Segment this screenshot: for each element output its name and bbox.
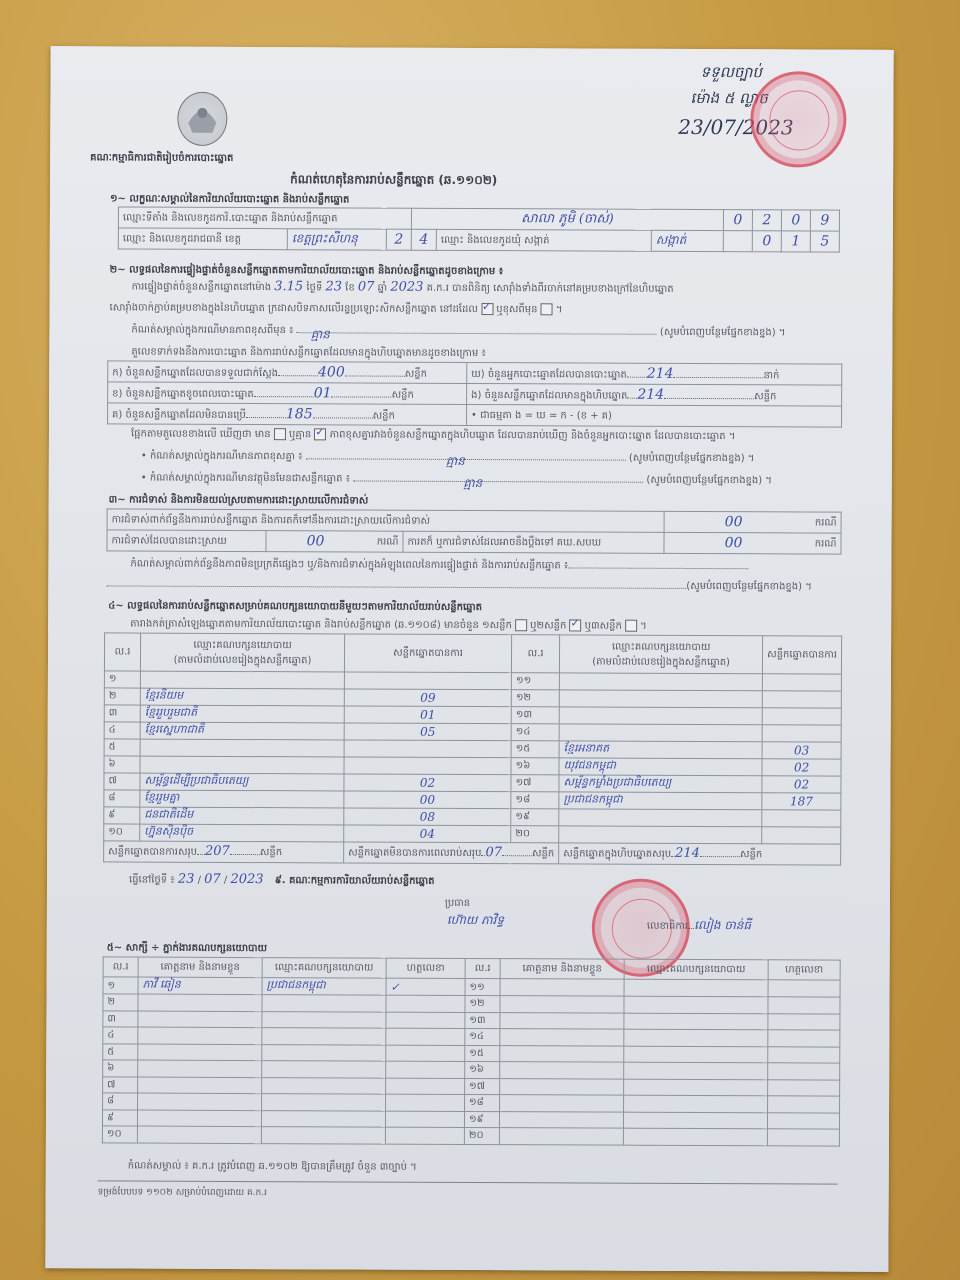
witness-no: ១២ — [465, 995, 500, 1012]
commune-code-1: 0 — [752, 231, 781, 252]
party-number: ២០ — [511, 825, 559, 842]
witness-sign — [385, 1111, 464, 1128]
party-number: ៥ — [104, 738, 140, 755]
difference-none-checkbox[interactable] — [314, 428, 326, 440]
verification-year: 2023 — [390, 280, 423, 295]
party-number: ៩ — [104, 806, 140, 823]
witness-party — [624, 979, 768, 997]
total-valid: សន្លឹកឆ្នោតបានការសរុប207សន្លឹក — [104, 840, 344, 862]
commune-code-2: 1 — [781, 231, 810, 252]
witness-no: ១៥ — [465, 1045, 500, 1062]
witness-name — [500, 1012, 624, 1029]
count-spoiled: ខ) ចំនួនសន្លឹកឆ្នោតខូចពេលបោះឆ្នោត01សន្លឹ… — [108, 382, 467, 405]
witness-name — [500, 979, 624, 997]
count-in-box: ង) ចំនួនសន្លឹកឆ្នោតដែលមានក្នុងហិបឆ្នោត21… — [467, 383, 842, 406]
witness-sign — [386, 995, 465, 1012]
w-col-sign-left: ហត្ថលេខា — [386, 958, 465, 978]
resolved-unit: ករណី — [364, 531, 403, 552]
witness-name — [138, 1093, 262, 1110]
count-in-box-value: 214 — [637, 386, 664, 402]
change-note-line: កំណត់សម្គាល់ក្នុងករណីមានភាពខុសពីមុន ៖ គ្… — [131, 323, 831, 341]
witness-name — [137, 1110, 261, 1127]
objections-label: ការជំទាស់ពាក់ព័ន្ធនឹងការរាប់សន្លឹកឆ្នោត … — [107, 509, 664, 532]
appeal-unit: ករណី — [802, 533, 841, 554]
witness-sign — [768, 1030, 840, 1047]
witness-name — [137, 1126, 261, 1143]
col-votes-right: សន្លឹកឆ្នោតបានការ — [763, 636, 842, 674]
party-number: ១៩ — [511, 808, 559, 825]
total-invalid: សន្លឹកឆ្នោតមិនបានការពេលរាប់សរុប07សន្លឹក — [344, 841, 559, 863]
party-votes — [762, 724, 841, 741]
party-votes: 02 — [762, 775, 841, 792]
witness-party — [262, 1094, 386, 1111]
count-received-value: 400 — [318, 364, 345, 380]
section3-title: ៣~ ការជំទាស់ និងការមិនយល់ស្របតាមការដោះស្… — [109, 492, 369, 508]
witness-party — [624, 1013, 768, 1030]
w-col-party-left: ឈ្មោះគណបក្សនយោបាយ — [262, 958, 386, 979]
counts-table: ក) ចំនួនសន្លឹកឆ្នោតដែលបានទទួលជាក់ស្តែង40… — [107, 360, 842, 427]
witness-no: ១៤ — [465, 1028, 500, 1045]
verification-prefix: ការផ្ទៀងផ្ទាត់ចំនួនសន្លឹកឆ្នោតនៅម៉ោង — [132, 282, 271, 294]
official-stamp-top — [750, 71, 846, 167]
party-votes: 01 — [344, 705, 511, 723]
col-party-right: ឈ្មោះគណបក្សនយោបាយ(តាមលំដាប់លេខរៀងក្នុងសន… — [560, 635, 763, 674]
party-number: ១១ — [511, 673, 559, 690]
location-code-4: 9 — [810, 210, 839, 231]
witness-no: ៦ — [103, 1060, 138, 1077]
section4-title: ៤~ លទ្ធផលនៃការរាប់សន្លឹកឆ្នោតសម្រាប់គណបក… — [108, 598, 482, 615]
count-unused: គ) ចំនួនសន្លឹកឆ្នោតដែលមិនបានប្រើ185សន្លឹ… — [108, 403, 467, 426]
secretary-line: លេខាធិការលៀង ចាន់ធី — [647, 917, 751, 935]
party-number: ១៥ — [511, 740, 559, 757]
verification-suffix: គ.ក.រ បានពិនិត្យ សោរ៉ាំងទាំងពីរចាក់នៅគម្… — [427, 283, 674, 295]
seal-text: សោរ៉ាំងចាក់ភ្ជាប់គម្របខាងក្នុងនៃហិបឆ្នោត… — [110, 302, 478, 315]
witness-row: ១០២០ — [102, 1126, 839, 1146]
witness-name — [500, 1045, 624, 1062]
location-code-3: 0 — [781, 210, 810, 231]
done-date-line: ធ្វើនៅថ្ងៃទី ៖ 23 / 07 / 2023 ៩. គណៈកម្ម… — [129, 872, 435, 889]
witness-name — [500, 1095, 624, 1112]
witness-name — [500, 996, 624, 1013]
w-col-sign-right: ហត្ថលេខា — [768, 960, 840, 980]
witness-sign — [767, 1129, 839, 1146]
witness-sign — [768, 1096, 840, 1113]
party-name — [559, 808, 762, 826]
difference-note-hint: (សូមបំពេញបន្ថែមផ្នែកខាងខ្នង) ។ — [629, 453, 755, 465]
party-number: ៣ — [104, 704, 140, 721]
footer-form-note: ទម្រង់បែបបទ ១១០២ សម្រាប់បំពេញដោយ គ.ក.រ — [98, 1186, 267, 1200]
col-votes-left: សន្លឹកឆ្នោតបានការ — [344, 634, 511, 673]
party-name — [559, 689, 762, 707]
party-votes — [762, 809, 841, 826]
party-name — [559, 723, 762, 741]
change-note-value: គ្មាន — [311, 326, 330, 344]
witness-footnote: កំណត់សម្គាល់ ៖ គ.ក.រ ត្រូវបំពេញ ឆ.១១០២ ឱ… — [128, 1159, 417, 1175]
witness-party — [261, 1110, 385, 1127]
party-votes: 02 — [344, 773, 511, 791]
done-date-label: ធ្វើនៅថ្ងៃទី ៖ — [129, 875, 175, 886]
witness-name — [500, 1078, 624, 1095]
objections-value: 00 — [664, 511, 803, 533]
location-label: ឈ្មោះទីតាំង និងលេខកូដការិ.បោះឆ្នោត និងរា… — [118, 207, 411, 229]
party-name: ខ្មែរអនាគត — [559, 740, 762, 758]
irregularities-note: កំណត់សម្គាល់ពាក់ព័ន្ធនឹងភាពមិនប្រក្រតីផ្… — [130, 557, 835, 575]
witness-no: ១៩ — [464, 1111, 499, 1128]
verification-line2: សោរ៉ាំងចាក់ភ្ជាប់គម្របខាងក្នុងនៃហិបឆ្នោត… — [109, 300, 562, 317]
party-name: ខ្មែរស្នេហាជាតិ — [140, 722, 344, 740]
col-no-left: ល.រ — [104, 633, 140, 671]
witness-party — [262, 1044, 386, 1061]
w-col-party-right: ឈ្មោះគណបក្សនយោបាយ — [624, 959, 768, 980]
witness-party — [624, 996, 768, 1013]
counts-intro: តួលេខទាក់ទងនឹងការបោះឆ្នោត និងការរាប់សន្ល… — [131, 345, 486, 362]
tally-1-sheet-checkbox[interactable] — [515, 619, 527, 631]
change-note-label: កំណត់សម្គាល់ក្នុងករណីមានភាពខុសពីមុន ៖ — [131, 325, 293, 337]
party-votes — [762, 690, 841, 707]
organization-name: គណៈកម្មាធិការជាតិរៀបចំការបោះឆ្នោត — [90, 150, 233, 166]
party-votes — [763, 674, 842, 691]
appeal-value: 00 — [664, 532, 803, 554]
party-name: សម្ព័ន្ធដើម្បីប្រជាធិបតេយ្យ — [140, 773, 344, 791]
resolved-value: 00 — [266, 531, 365, 552]
witness-table: ល.រ គោត្តនាម និងនាមខ្លួន ឈ្មោះគណបក្សនយោប… — [102, 956, 841, 1146]
objections-table: ការជំទាស់ពាក់ព័ន្ធនឹងការរាប់សន្លឹកឆ្នោត … — [106, 508, 841, 554]
party-votes: 05 — [344, 722, 511, 740]
tally-sheet-line: តារាងកត់ត្រាសំឡេងឆ្នោតតាមការិយាល័យបោះឆ្ន… — [130, 617, 647, 634]
difference-line: ផ្អែកតាមតួលេខខាងលើ ឃើញថា មាន ឬគ្មាន ភាពខ… — [131, 427, 735, 445]
witness-sign: ✓ — [386, 978, 465, 995]
section5-title: ៥~ សាក្សី ÷ ភ្នាក់ងារគណបក្សនយោបាយ — [107, 940, 267, 956]
done-month: 07 — [204, 872, 221, 887]
witness-no: ១១ — [465, 978, 500, 995]
witness-no: ២០ — [464, 1127, 499, 1144]
province-code-1: 2 — [386, 229, 411, 250]
party-number: ១០ — [104, 823, 140, 840]
witness-party — [624, 1062, 768, 1079]
witness-no: ៧ — [103, 1076, 138, 1093]
count-unused-value: 185 — [286, 406, 313, 422]
party-votes: 00 — [344, 790, 511, 808]
location-table: ឈ្មោះទីតាំង និងលេខកូដការិ.បោះឆ្នោត និងរា… — [118, 206, 840, 252]
tally-3-sheet-label: ឬ៣សន្លឹក — [585, 621, 622, 632]
party-number: ១៣ — [511, 706, 559, 723]
witness-sign — [768, 1063, 840, 1080]
party-votes: 02 — [762, 758, 841, 775]
witness-name — [500, 1029, 624, 1046]
party-name: យុវជនកម្ពុជា — [559, 757, 762, 775]
irregularities-note-line2: (សូមបំពេញបន្ថែមផ្នែកខាងខ្នង) ។ — [106, 576, 841, 594]
year-label: ឆ្នាំ — [378, 283, 388, 294]
party-name: ហ្វ៊ុនស៊ិនប៉ិច — [140, 824, 344, 842]
appeal-label: ការតក៏ ឬការជំទាស់ដែលអាចនឹងប្តឹងទៅ គឃ.សបឃ — [403, 531, 664, 553]
witness-no: ១៨ — [465, 1094, 500, 1111]
changed-label: ឬខុសពីមុន — [496, 304, 537, 315]
party-votes — [762, 826, 841, 843]
count-voters-value: 214 — [647, 365, 674, 381]
witness-sign — [768, 997, 840, 1014]
witness-no: ២ — [103, 994, 138, 1011]
total-in-box: សន្លឹកឆ្នោតក្នុងហិបឆ្នោតសរុប214សន្លឹក — [559, 842, 841, 864]
witness-name — [138, 1044, 262, 1061]
witness-party — [261, 1127, 385, 1144]
witness-name — [138, 1011, 262, 1028]
irregularities-note-label: កំណត់សម្គាល់ពាក់ព័ន្ធនឹងភាពមិនប្រក្រតីផ្… — [130, 559, 568, 572]
chair-signature: ហ៊ោយ ភាវិទ្ធ — [447, 912, 504, 930]
party-name — [559, 706, 762, 724]
tally-text: តារាងកត់ត្រាសំឡេងឆ្នោតតាមការិយាល័យបោះឆ្ន… — [130, 619, 512, 632]
difference-post: ភាពខុសគ្នារវាងចំនួនសន្លឹកឆ្នោតក្នុងហិបឆ្… — [330, 429, 736, 442]
w-col-name-right: គោត្តនាម និងនាមខ្លួន — [500, 959, 624, 980]
witness-no: ៤ — [103, 1027, 138, 1044]
party-number: ១២ — [511, 689, 559, 706]
witness-name — [138, 1077, 262, 1094]
witness-sign — [386, 1028, 465, 1045]
witness-name — [138, 994, 262, 1011]
witness-no: ៣ — [103, 1010, 138, 1027]
location-value: សាលា ភូមិ (ចាស់) — [411, 208, 723, 230]
province-code-2: 4 — [411, 229, 436, 250]
party-number: ១៤ — [511, 723, 559, 740]
party-votes — [762, 707, 841, 724]
party-name — [559, 825, 762, 843]
witness-name — [499, 1111, 623, 1128]
witness-no: ១ — [103, 977, 138, 994]
received-note-line1: ទទួលច្បាប់ — [701, 63, 762, 85]
party-votes: 187 — [762, 792, 841, 809]
day-label: ថ្ងៃទី — [306, 282, 322, 293]
difference-has-checkbox[interactable] — [274, 428, 286, 440]
section2-title: ២~ លទ្ធផលនៃការផ្ទៀងផ្ទាត់ចំនួនសន្លឹកឆ្នោ… — [110, 262, 503, 279]
witness-sign — [768, 1046, 840, 1063]
witness-no: ១៧ — [465, 1078, 500, 1095]
party-name: ខ្មែរនិយម — [140, 688, 344, 706]
total-in-box-value: 214 — [675, 845, 700, 860]
changed-checkbox[interactable] — [541, 303, 553, 315]
witness-sign — [386, 1078, 465, 1095]
count-formula: • ជាធម្មតា ង = ឃ = ក - (ខ + គ) — [467, 404, 842, 427]
change-note-hint: (សូមបំពេញបន្ថែមផ្នែកខាងខ្នង) ។ — [660, 327, 786, 339]
section1-title: ១~ លក្ខណៈសម្គាល់នៃការិយាល័យបោះឆ្នោត និងរ… — [110, 191, 349, 207]
witness-no: ១០ — [102, 1126, 137, 1143]
tally-3-sheet-checkbox[interactable] — [625, 620, 637, 632]
witness-party — [624, 1029, 768, 1046]
committee-label: ៩. គណៈកម្មការការិយាល័យរាប់សន្លឹកឆ្នោត — [275, 875, 435, 887]
difference-none-label: ឬគ្មាន — [289, 429, 311, 440]
foreign-note-label: • កំណត់សម្គាល់ក្នុងករណីមានវត្ថុមិនមែនជាស… — [141, 473, 350, 485]
foreign-note-value: គ្មាន — [463, 475, 482, 493]
witness-no: ៩ — [102, 1109, 137, 1126]
done-day: 23 — [178, 872, 195, 887]
witness-sign — [386, 1061, 465, 1078]
witness-party — [262, 1077, 386, 1094]
difference-pre: ផ្អែកតាមតួលេខខាងលើ ឃើញថា មាន — [131, 429, 271, 441]
party-number: ១៧ — [511, 774, 559, 791]
col-no-right: ល.រ — [512, 635, 560, 673]
footer-divider — [98, 1180, 838, 1184]
secretary-signature: លៀង ចាន់ធី — [694, 918, 751, 932]
witness-party — [262, 1028, 386, 1045]
witness-no: ៨ — [103, 1093, 138, 1110]
party-name: ជនជាតិដើម — [140, 807, 344, 825]
nec-emblem-icon — [177, 92, 227, 146]
party-votes: 09 — [344, 688, 511, 706]
party-number: ៤ — [104, 721, 140, 738]
witness-party: ប្រជាជនកម្ពុជា — [262, 978, 386, 996]
party-name — [140, 739, 344, 757]
party-votes: 03 — [762, 741, 841, 758]
location-code-1: 0 — [723, 210, 752, 231]
verification-day: 23 — [325, 279, 342, 294]
province-label: ឈ្មោះ និងលេខកូដរាជធានី ខេត្ត — [118, 228, 287, 250]
location-code-2: 2 — [752, 210, 781, 231]
count-received: ក) ចំនួនសន្លឹកឆ្នោតដែលបានទទួលជាក់ស្តែង40… — [108, 361, 467, 384]
witness-party — [624, 1095, 768, 1112]
total-invalid-value: 07 — [485, 845, 502, 860]
objections-unit: ករណី — [803, 512, 842, 533]
secretary-label: លេខាធិការ — [647, 921, 688, 932]
difference-note-line: • កំណត់សម្គាល់ក្នុងករណីមានភាពខុសគ្នា ៖ គ… — [141, 449, 755, 467]
witness-name: ភាវី ឆៀន — [138, 977, 262, 995]
witness-sign — [768, 980, 840, 997]
witness-party — [623, 1112, 767, 1129]
verification-month: 07 — [358, 280, 375, 295]
col-party-left: ឈ្មោះគណបក្សនយោបាយ(តាមលំដាប់លេខរៀងក្នុងសន… — [140, 633, 344, 672]
witness-sign — [768, 1079, 840, 1096]
party-name: សម្ព័ន្ធកម្លាំងប្រជាធិបតេយ្យ — [559, 774, 762, 792]
party-number: ៦ — [104, 755, 140, 772]
party-number: ៨ — [104, 789, 140, 806]
total-valid-value: 207 — [205, 843, 230, 858]
irregularities-hint: (សូមបំពេញបន្ថែមផ្នែកខាងខ្នង) ។ — [686, 581, 812, 593]
witness-sign — [386, 1045, 465, 1062]
witness-party — [624, 1079, 768, 1096]
party-name — [140, 671, 344, 688]
commune-value: សង្កាត់ — [651, 230, 723, 251]
witness-party — [623, 1128, 767, 1145]
witness-name — [499, 1128, 623, 1145]
party-number: ១៦ — [511, 757, 559, 774]
party-number: ៧ — [104, 772, 140, 789]
party-votes: 08 — [344, 807, 511, 825]
witness-no: ១៣ — [465, 1012, 500, 1029]
intact-checkbox[interactable] — [481, 303, 493, 315]
difference-note-value: គ្មាន — [446, 453, 465, 471]
witness-name — [138, 1027, 262, 1044]
witness-party — [262, 1011, 386, 1028]
witness-party — [624, 1046, 768, 1063]
foreign-note-line: • កំណត់សម្គាល់ក្នុងករណីមានវត្ថុមិនមែនជាស… — [141, 471, 772, 489]
party-name: ខ្មែររួបរួមជាតិ — [140, 705, 344, 723]
witness-no: ៥ — [103, 1043, 138, 1060]
form-title: កំណត់ហេតុនៃការរាប់សន្លឹកឆ្នោត (ឆ.១១០២) — [290, 171, 497, 190]
party-name — [559, 673, 762, 690]
party-votes — [344, 739, 511, 757]
count-spoiled-value: 01 — [314, 385, 332, 401]
party-votes: 04 — [344, 824, 511, 842]
election-form-sheet: គណៈកម្មាធិការជាតិរៀបចំការបោះឆ្នោត កំណត់ហ… — [45, 46, 893, 1272]
party-number: ១៨ — [511, 791, 559, 808]
witness-sign — [385, 1127, 464, 1144]
verification-line1: ការផ្ទៀងផ្ទាត់ចំនួនសន្លឹកឆ្នោតនៅម៉ោង 3.1… — [132, 279, 674, 297]
witness-no: ១៦ — [465, 1061, 500, 1078]
witness-sign — [386, 1012, 465, 1029]
witness-sign — [768, 1013, 840, 1030]
province-value: ខេត្តព្រះសីហនុ — [287, 229, 386, 250]
party-name: ប្រជាជនកម្ពុជា — [559, 791, 762, 809]
party-number: ១ — [104, 671, 140, 688]
witness-name — [500, 1062, 624, 1079]
w-col-no-left: ល.រ — [103, 957, 138, 977]
foreign-note-hint: (សូមបំពេញបន្ថែមផ្នែកខាងខ្នង) ។ — [646, 475, 772, 487]
witness-name — [138, 1060, 262, 1077]
commune-code-3: 5 — [810, 231, 839, 252]
w-col-name-left: គោត្តនាម និងនាមខ្លួន — [138, 957, 262, 978]
results-table: ល.រ ឈ្មោះគណបក្សនយោបាយ(តាមលំដាប់លេខរៀងក្ន… — [103, 632, 842, 865]
chair-label: ប្រធាន — [445, 896, 470, 911]
party-number: ២ — [104, 687, 140, 704]
difference-note-label: • កំណត់សម្គាល់ក្នុងករណីមានភាពខុសគ្នា ៖ — [141, 451, 303, 463]
w-col-no-right: ល.រ — [465, 958, 500, 978]
tally-2-sheet-checkbox[interactable] — [569, 619, 581, 631]
witness-sign — [767, 1112, 839, 1129]
witness-party — [262, 995, 386, 1012]
party-name — [140, 756, 344, 774]
party-votes — [344, 756, 511, 774]
witness-sign — [386, 1094, 465, 1111]
month-label: ខែ — [345, 282, 355, 293]
count-voters: ឃ) ចំនួនអ្នកបោះឆ្នោតដែលបានបោះឆ្នោត214នាក… — [467, 362, 842, 385]
verification-time: 3.15 — [274, 279, 303, 294]
party-name: ខ្មែររួមគ្នា — [140, 790, 344, 808]
resolved-label: ការជំទាស់ដែលបានដោះស្រាយ — [107, 530, 266, 552]
party-votes — [344, 672, 511, 689]
commune-label: ឈ្មោះ និងលេខកូដឃុំ សង្កាត់ — [436, 229, 651, 251]
witness-party — [262, 1061, 386, 1078]
done-year: 2023 — [230, 872, 263, 887]
tally-2-sheet-label: ឬ២សន្លឹក — [530, 620, 566, 631]
